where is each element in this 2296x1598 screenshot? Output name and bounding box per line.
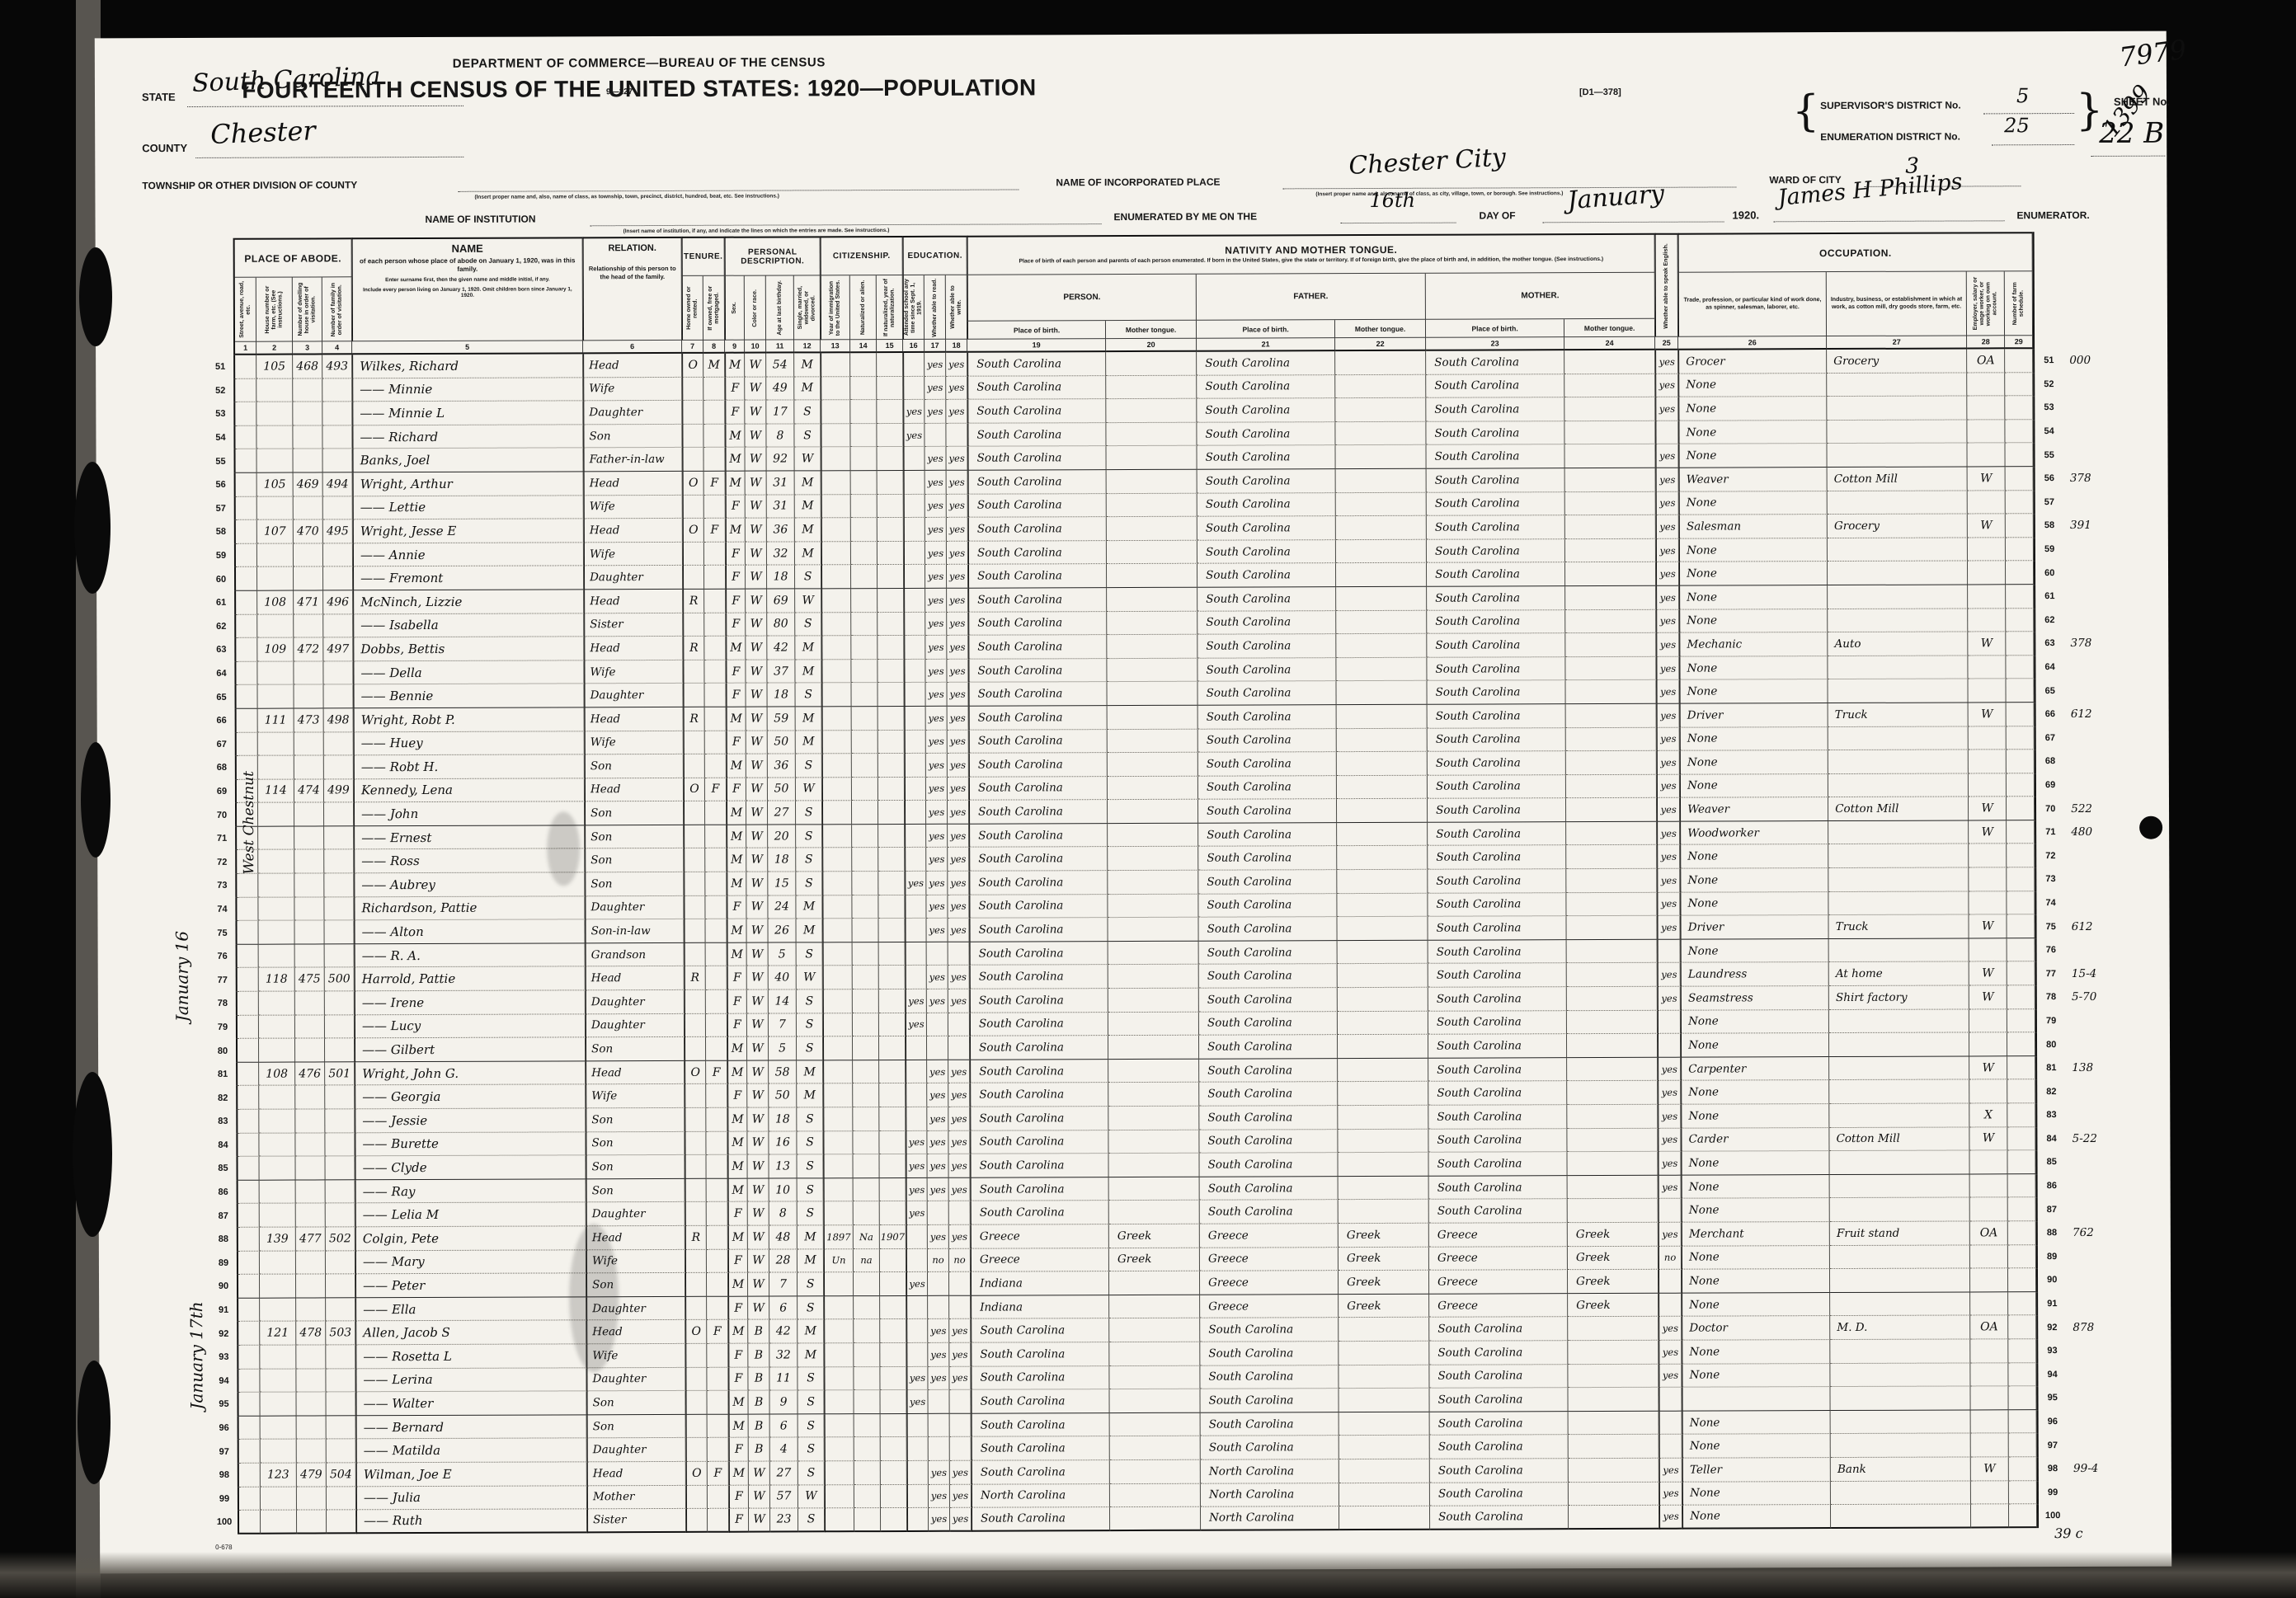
cell-wr: yes: [947, 612, 968, 636]
column-trade-note: Trade, profession, or particular kind of…: [1678, 272, 1827, 337]
cell-s: M: [728, 1226, 748, 1250]
cell-oc: Woodworker: [1680, 821, 1828, 845]
cell-fm: [703, 425, 725, 449]
cell-a: 57: [770, 1485, 798, 1509]
cell-line: 57: [2034, 491, 2063, 515]
cell-pb: South Carolina: [971, 1318, 1109, 1342]
sex-label: Sex.: [732, 278, 738, 337]
cell-d: 473: [294, 708, 324, 732]
cell-c: B: [748, 1343, 769, 1367]
cell-ny: [877, 518, 904, 542]
cell-cl: [1970, 1339, 2008, 1363]
cell-n: —— Della: [353, 660, 584, 685]
cell-r: Father-in-law: [584, 448, 683, 472]
cell-pb: South Carolina: [968, 446, 1107, 470]
cell-fb: South Carolina: [1197, 587, 1336, 611]
cell-s: F: [729, 1509, 749, 1533]
cell-line: 80: [209, 1039, 238, 1063]
cell-ft: [1337, 823, 1428, 847]
cell-im: Un: [824, 1249, 854, 1273]
cell-note: [2067, 1386, 2124, 1410]
cell-m: S: [797, 1037, 823, 1061]
cell-st: [236, 496, 257, 520]
cell-pb: South Carolina: [971, 1154, 1109, 1177]
cell-n: Wilkes, Richard: [352, 354, 583, 378]
cell-n: —— Lelia M: [355, 1203, 586, 1228]
cell-im: [822, 754, 852, 778]
cell-ft: [1339, 1389, 1430, 1412]
cell-sc: [905, 801, 926, 825]
cell-pb: North Carolina: [972, 1484, 1110, 1508]
cell-ind: [1828, 538, 1968, 562]
cell-a: 7: [769, 1273, 797, 1297]
cell-d: 474: [294, 779, 324, 803]
cell-ft: [1336, 540, 1427, 564]
cell-pt: [1110, 1507, 1201, 1531]
cell-na: [853, 942, 879, 966]
cell-ny: [879, 966, 906, 989]
cell-c: B: [748, 1367, 769, 1391]
cell-r: Son: [585, 872, 684, 896]
street-name-vertical: West Chestnut: [240, 674, 257, 971]
cell-rd: yes: [927, 989, 948, 1013]
cell-na: [854, 1319, 880, 1343]
cell-ft: [1337, 799, 1428, 823]
cell-m: S: [798, 1461, 825, 1485]
cell-note: [2063, 490, 2121, 514]
cell-c: W: [746, 613, 767, 637]
cell-mb: Greece: [1429, 1270, 1568, 1294]
cell-r: Wife: [586, 1084, 685, 1108]
cell-f: [324, 732, 354, 756]
cell-s: M: [726, 448, 746, 472]
cell-a: 40: [769, 966, 797, 990]
cell-cl: [1970, 1150, 2008, 1174]
cell-c: W: [745, 401, 766, 425]
census-sheet: STATE South Carolina 9—127 DEPARTMENT OF…: [95, 31, 2171, 1574]
cell-note: 5-22: [2066, 1126, 2124, 1150]
cell-fa: [2007, 679, 2035, 703]
cell-oc: Laundress: [1681, 962, 1829, 986]
cell-line: 94: [2037, 1363, 2067, 1387]
cell-sc: yes: [906, 1154, 928, 1178]
cell-mb: South Carolina: [1427, 657, 1565, 681]
cell-mb: South Carolina: [1428, 1011, 1567, 1035]
cell-im: [824, 1367, 854, 1391]
cell-line: 87: [210, 1204, 238, 1228]
cell-fa: [2008, 1127, 2036, 1151]
cell-ny: [881, 1484, 907, 1508]
cell-note: [2066, 1197, 2124, 1221]
cell-s: M: [727, 942, 747, 966]
cell-a: 36: [768, 754, 796, 778]
cell-fb: South Carolina: [1199, 965, 1338, 989]
cell-rd: [929, 1437, 950, 1461]
cell-im: [824, 1343, 854, 1367]
cell-mt: [1567, 963, 1658, 987]
cell-note: 480: [2064, 820, 2122, 844]
cell-d: [294, 685, 323, 709]
cell-im: [821, 448, 851, 472]
cell-f: [325, 991, 355, 1015]
cell-note: [2063, 585, 2121, 609]
cell-m: M: [795, 495, 821, 519]
cell-s: F: [727, 966, 747, 990]
cell-m: M: [797, 1320, 824, 1344]
cell-fa: [2006, 514, 2034, 538]
cell-line: 82: [2035, 1079, 2065, 1103]
cell-h: [261, 1416, 297, 1440]
cell-m: S: [797, 1296, 824, 1320]
cell-im: [823, 989, 853, 1013]
cell-wr: yes: [949, 1319, 971, 1343]
cell-d: 477: [296, 1227, 326, 1251]
cell-st: [239, 1416, 261, 1440]
cell-wr: yes: [949, 1154, 971, 1178]
cell-s: M: [728, 1155, 748, 1179]
cell-na: [854, 1343, 880, 1367]
cell-mt: [1567, 1128, 1658, 1152]
cell-fa: [2007, 750, 2035, 773]
cell-na: [853, 989, 879, 1013]
cell-wr: yes: [946, 353, 967, 377]
cell-pb: South Carolina: [972, 1436, 1110, 1460]
cell-n: —— Alton: [355, 920, 586, 945]
cell-h: 109: [257, 638, 294, 662]
cell-im: [821, 660, 851, 684]
cell-h: 121: [260, 1322, 296, 1346]
cell-r: Daughter: [585, 684, 684, 707]
person-mother-tongue-label: Mother tongue.: [1106, 321, 1197, 339]
cell-n: —— Rosetta L: [355, 1344, 586, 1369]
cell-st: [238, 968, 259, 992]
cell-line: 81: [209, 1063, 238, 1087]
cell-im: [821, 636, 851, 660]
cell-pt: [1108, 1083, 1199, 1107]
cell-fa: [2007, 962, 2035, 986]
cell-st: [238, 1228, 260, 1252]
cell-cl: [1967, 396, 2005, 420]
cell-a: 18: [768, 848, 796, 872]
incorporated-place-note: (Insert proper name and, also, name of c…: [1315, 190, 1563, 197]
cell-im: [822, 848, 852, 872]
cell-na: [854, 1272, 880, 1296]
cell-line: 88: [2036, 1221, 2066, 1245]
cell-a: 31: [767, 495, 795, 519]
cell-pb: South Carolina: [968, 588, 1107, 612]
cell-en: yes: [1658, 916, 1681, 940]
cell-line: 56: [208, 473, 236, 497]
cell-note: [2064, 844, 2122, 867]
cell-na: [854, 1414, 881, 1438]
column-number: 3: [293, 341, 322, 355]
cell-m: S: [797, 942, 823, 966]
cell-oc: None: [1680, 727, 1828, 751]
cell-ny: [880, 1319, 906, 1343]
cell-d: 471: [294, 590, 323, 614]
cell-pb: South Carolina: [968, 635, 1107, 659]
cell-d: [296, 1298, 326, 1322]
column-number: 7: [682, 341, 703, 354]
cell-line: 52: [2033, 373, 2063, 397]
column-naturalization-year: If naturalized, year of naturalization.: [877, 275, 903, 340]
cell-n: —— Clyde: [355, 1156, 586, 1181]
cell-s: M: [729, 1391, 749, 1415]
cell-wr: yes: [948, 777, 969, 801]
cell-sc: yes: [906, 1366, 928, 1390]
cell-cl: [1971, 1410, 2009, 1434]
enumerated-day-line: [1341, 222, 1456, 223]
cell-pb: South Carolina: [968, 517, 1107, 541]
cell-note: [2064, 867, 2122, 891]
cell-o: R: [684, 707, 705, 731]
cell-st: [236, 638, 257, 662]
cell-ind: Grocery: [1828, 515, 1968, 538]
relation-title: RELATION.: [589, 243, 676, 253]
cell-cl: [1970, 1292, 2008, 1316]
cell-mt: [1567, 1058, 1658, 1082]
cell-f: 496: [323, 590, 353, 614]
cell-d: [294, 873, 324, 897]
cell-ind: [1828, 750, 1969, 774]
cell-note: 15-4: [2065, 961, 2123, 985]
cell-ind: [1831, 1481, 1971, 1505]
cell-en: yes: [1658, 1152, 1682, 1176]
cell-fm: [706, 919, 727, 943]
column-number: 18: [946, 340, 967, 353]
cell-line: 79: [209, 1015, 238, 1039]
cell-sc: [905, 895, 926, 919]
cell-r: Daughter: [585, 896, 684, 920]
cell-ny: [880, 1178, 906, 1202]
cell-note: [2063, 608, 2121, 632]
cell-na: Na: [854, 1225, 880, 1249]
cell-pt: [1110, 1460, 1201, 1484]
cell-pb: South Carolina: [972, 1507, 1110, 1531]
census-title: FOURTEENTH CENSUS OF THE UNITED STATES: …: [227, 74, 1052, 103]
cell-ft: [1337, 775, 1428, 799]
cell-line: 91: [2036, 1292, 2066, 1316]
cell-o: R: [683, 590, 704, 613]
column-number: 9: [725, 341, 745, 354]
cell-st: [238, 1322, 260, 1346]
cell-note: 99-4: [2067, 1457, 2124, 1481]
cell-cl: [1969, 726, 2007, 750]
cell-ny: [877, 636, 904, 660]
cell-na: [852, 754, 878, 778]
cell-mt: [1564, 350, 1655, 374]
cell-ft: [1339, 1342, 1429, 1365]
cell-mt: [1569, 1388, 1659, 1412]
cell-fb: South Carolina: [1199, 1012, 1338, 1036]
cell-s: M: [727, 754, 746, 778]
cell-im: [821, 377, 850, 401]
cell-fm: [707, 1273, 728, 1297]
cell-rd: yes: [929, 1508, 950, 1532]
cell-fa: [2005, 349, 2033, 373]
cell-r: Son: [586, 1131, 685, 1155]
cell-wr: yes: [949, 1225, 971, 1249]
cell-im: [822, 778, 852, 801]
farm-schedule-label: Number of farm schedule.: [2012, 274, 2025, 333]
cell-n: Wright, Robt P.: [354, 707, 585, 732]
nativity-note: Place of birth of each person and parent…: [975, 256, 1648, 266]
cell-wr: [949, 1295, 971, 1319]
cell-fm: [704, 495, 726, 519]
cell-d: [293, 425, 322, 449]
cell-ft: [1336, 445, 1427, 469]
mother-place-of-birth-label: Place of birth.: [1426, 319, 1564, 338]
cell-n: —— Minnie: [352, 378, 583, 402]
cell-rd: yes: [925, 400, 946, 424]
cell-m: W: [795, 589, 821, 613]
cell-ft: [1337, 681, 1428, 705]
cell-f: [324, 897, 354, 921]
cell-line: 57: [208, 496, 236, 520]
cell-line: 54: [2034, 420, 2063, 444]
cell-mt: [1568, 1152, 1658, 1176]
cell-o: O: [682, 354, 703, 378]
cell-sc: [906, 942, 927, 966]
cell-ind: [1830, 1174, 1970, 1198]
cell-sc: [904, 612, 925, 636]
cell-fm: F: [708, 1462, 729, 1486]
cell-o: O: [683, 519, 704, 543]
cell-line: 96: [2037, 1410, 2067, 1434]
cell-mb: South Carolina: [1426, 350, 1564, 374]
cell-fm: [706, 1084, 727, 1108]
cell-f: [327, 1416, 356, 1440]
cell-line: 62: [2034, 609, 2063, 632]
cell-mb: South Carolina: [1428, 940, 1567, 964]
cell-note: [2063, 443, 2121, 467]
cell-mt: [1567, 1105, 1658, 1129]
cell-line: 64: [208, 662, 236, 686]
cell-n: —— Burette: [355, 1132, 586, 1157]
cell-cl: W: [1969, 962, 2007, 986]
cell-en: yes: [1657, 798, 1680, 822]
cell-ind: [1828, 420, 1968, 444]
cell-r: Sister: [584, 613, 683, 637]
cell-rd: yes: [929, 1484, 950, 1508]
free-mortgaged-label: If owned, free or mortgaged.: [707, 278, 720, 337]
cell-o: [683, 660, 704, 684]
column-number: 27: [1827, 336, 1967, 350]
cell-pt: Greek: [1109, 1224, 1200, 1248]
cell-fm: [706, 943, 727, 967]
cell-ny: [879, 919, 906, 942]
cell-st: [239, 1511, 261, 1535]
cell-wr: yes: [948, 683, 969, 707]
cell-mb: South Carolina: [1428, 846, 1566, 870]
cell-pb: South Carolina: [971, 1177, 1109, 1201]
cell-m: S: [797, 1013, 823, 1037]
cell-h: [257, 543, 294, 567]
cell-m: M: [795, 660, 821, 684]
cell-o: [685, 919, 706, 943]
cell-r: Son: [583, 425, 682, 449]
cell-cl: W: [1969, 985, 2007, 1009]
group-tenure: TENURE.: [682, 237, 725, 276]
cell-pt: [1108, 965, 1199, 989]
cell-ind: [1828, 491, 1968, 515]
cell-c: B: [749, 1414, 770, 1438]
cell-na: [854, 1461, 881, 1485]
cell-na: [853, 1036, 879, 1060]
cell-ny: [879, 1060, 906, 1084]
cell-pt: [1108, 1060, 1199, 1083]
cell-wr: yes: [949, 1366, 971, 1390]
column-free-mortgaged: If owned, free or mortgaged.: [703, 276, 725, 341]
bottom-right-note: 39 c: [2054, 1525, 2082, 1541]
hole-punch: [2139, 816, 2162, 839]
cell-im: [822, 707, 852, 731]
cell-m: W: [798, 1485, 825, 1509]
cell-im: [825, 1390, 854, 1414]
cell-f: 501: [325, 1062, 355, 1086]
cell-im: [822, 895, 852, 919]
cell-st: [238, 1133, 259, 1157]
cell-wr: yes: [949, 1343, 971, 1367]
cell-pt: [1107, 446, 1197, 470]
cell-oc: Weaver: [1679, 468, 1828, 491]
cell-mt: [1565, 586, 1656, 610]
cell-cl: [1969, 750, 2007, 773]
cell-note: [2065, 891, 2123, 914]
cell-line: 61: [2034, 585, 2063, 609]
cell-mt: [1566, 704, 1657, 728]
cell-fa: [2007, 1080, 2035, 1104]
cell-fm: [704, 566, 726, 590]
cell-en: [1658, 940, 1681, 964]
cell-d: [295, 944, 325, 968]
cell-mt: [1565, 539, 1656, 563]
cell-m: S: [797, 1107, 823, 1131]
cell-st: [238, 1298, 260, 1322]
department-line: DEPARTMENT OF COMMERCE—BUREAU OF THE CEN…: [309, 55, 969, 72]
cell-mb: South Carolina: [1428, 1082, 1567, 1106]
cell-f: 504: [327, 1463, 356, 1487]
cell-rd: yes: [927, 1083, 948, 1107]
cell-h: 107: [257, 520, 294, 544]
cell-ft: [1337, 846, 1428, 870]
cell-wr: [950, 1437, 972, 1461]
cell-ft: [1338, 1129, 1428, 1153]
cell-rd: yes: [928, 1178, 949, 1202]
cell-en: yes: [1658, 1128, 1682, 1152]
cell-st: [235, 378, 256, 402]
cell-oc: None: [1679, 538, 1828, 562]
cell-ft: [1335, 422, 1426, 446]
cell-pb: South Carolina: [969, 753, 1108, 777]
cell-a: 20: [768, 825, 796, 848]
cell-line: 56: [2034, 467, 2063, 491]
cell-line: 95: [210, 1393, 238, 1417]
cell-fb: South Carolina: [1200, 1153, 1339, 1177]
cell-fa: [2006, 491, 2034, 515]
cell-line: 53: [207, 402, 235, 426]
cell-ft: [1338, 964, 1428, 988]
form-footer-code: 0-678: [215, 1544, 233, 1551]
cell-mt: [1564, 374, 1655, 397]
cell-ny: [878, 895, 905, 919]
cell-fa: [2009, 1410, 2037, 1434]
cell-cl: [1968, 562, 2006, 585]
cell-s: F: [726, 542, 746, 566]
cell-h: 111: [258, 708, 294, 732]
column-attended-school: Attended school any time since Sept. 1, …: [903, 275, 925, 340]
cell-im: [825, 1508, 854, 1532]
